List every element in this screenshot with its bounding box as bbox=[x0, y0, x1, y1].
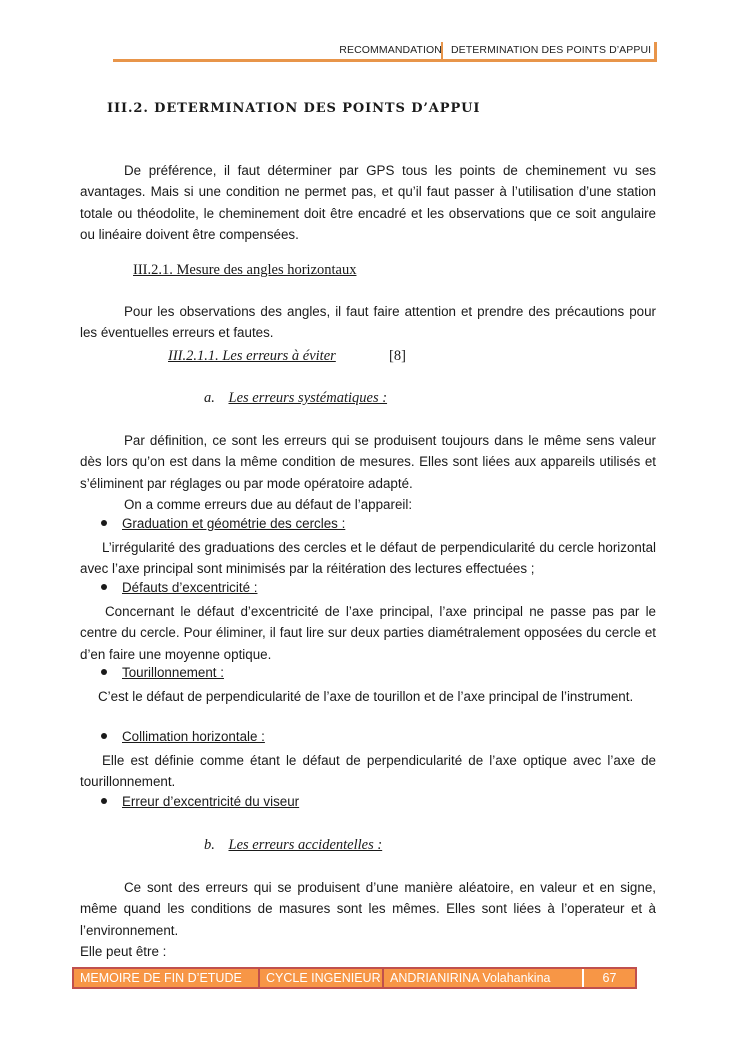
footer-author: ANDRIANIRINA Volahankina bbox=[384, 969, 584, 987]
bullet-item-collimation: Collimation horizontale : bbox=[101, 729, 265, 744]
citation-ref: [8] bbox=[389, 348, 406, 365]
part-b-definition: Ce sont des erreurs qui se produisent d’… bbox=[80, 877, 656, 962]
footer-document-type: MEMOIRE DE FIN D’ETUDE bbox=[74, 969, 260, 987]
section-intro-text: De préférence, il faut déterminer par GP… bbox=[80, 160, 656, 245]
bullet-text-collimation: Elle est définie comme étant le défaut d… bbox=[80, 750, 656, 793]
bullet-item-tourillonnement: Tourillonnement : bbox=[101, 665, 224, 680]
part-b-lead: Elle peut être : bbox=[80, 941, 656, 962]
bullet-text-excentricite: Concernant le défaut d’excentricité de l… bbox=[80, 601, 656, 665]
part-b-definition-text: Ce sont des erreurs qui se produisent d’… bbox=[80, 877, 656, 941]
part-b-title: Les erreurs accidentelles : bbox=[229, 837, 383, 853]
part-b-heading: b. Les erreurs accidentelles : bbox=[204, 837, 382, 854]
header-section: DETERMINATION DES POINTS D’APPUI bbox=[451, 44, 651, 56]
footer-cycle: CYCLE INGENIEUR bbox=[260, 969, 384, 987]
subsection-intro: Pour les observations des angles, il fau… bbox=[80, 301, 656, 344]
document-page: RECOMMANDATION DETERMINATION DES POINTS … bbox=[0, 0, 744, 1053]
part-a-definition: Par définition, ce sont les erreurs qui … bbox=[80, 430, 656, 515]
bullet-item-excentricite: Défauts d’excentricité : bbox=[101, 580, 257, 595]
bullet-icon bbox=[101, 798, 107, 804]
part-b-letter: b. bbox=[204, 837, 215, 853]
running-header: RECOMMANDATION DETERMINATION DES POINTS … bbox=[113, 42, 657, 62]
subsubsection-title: III.2.1.1. Les erreurs à éviter bbox=[168, 348, 336, 364]
bullet-icon bbox=[101, 733, 107, 739]
bullet-item-graduation: Graduation et géométrie des cercles : bbox=[101, 516, 345, 531]
subsection-intro-text: Pour les observations des angles, il fau… bbox=[80, 301, 656, 344]
section-intro: De préférence, il faut déterminer par GP… bbox=[80, 160, 656, 245]
subsubsection-heading: III.2.1.1. Les erreurs à éviter [8] bbox=[168, 348, 336, 365]
bullet-text-tourillonnement: C’est le défaut de perpendicularité de l… bbox=[80, 686, 656, 707]
subsection-title: III.2.1. Mesure des angles horizontaux bbox=[133, 262, 356, 279]
part-a-letter: a. bbox=[204, 390, 215, 406]
bullet-icon bbox=[101, 520, 107, 526]
bullet-text-graduation: L’irrégularité des graduations des cercl… bbox=[80, 537, 656, 580]
section-title: III.2. DETERMINATION DES POINTS D’APPUI bbox=[107, 101, 480, 116]
bullet-icon bbox=[101, 584, 107, 590]
header-rule bbox=[113, 59, 655, 62]
part-a-heading: a. Les erreurs systématiques : bbox=[204, 390, 387, 407]
part-a-lead: On a comme erreurs due au défaut de l’ap… bbox=[80, 494, 656, 515]
header-separator bbox=[441, 42, 443, 59]
bullet-item-viseur: Erreur d’excentricité du viseur bbox=[101, 794, 299, 809]
header-chapter: RECOMMANDATION bbox=[339, 44, 442, 56]
part-a-title: Les erreurs systématiques : bbox=[229, 390, 388, 406]
part-a-definition-text: Par définition, ce sont les erreurs qui … bbox=[80, 430, 656, 494]
bullet-icon bbox=[101, 669, 107, 675]
footer-page-number: 67 bbox=[584, 969, 635, 987]
page-footer: MEMOIRE DE FIN D’ETUDE CYCLE INGENIEUR A… bbox=[72, 967, 637, 989]
